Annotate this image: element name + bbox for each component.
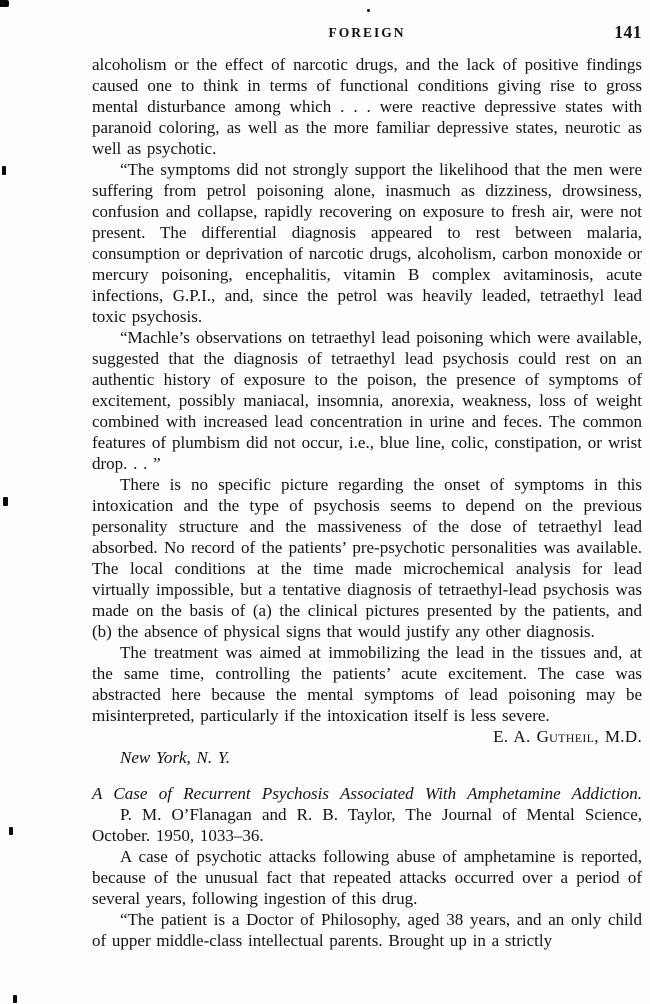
scan-artifact [2,166,6,175]
author-location: New York, N. Y. [92,747,642,768]
scan-artifact [13,995,17,1003]
paragraph: alcoholism or the effect of narcotic dru… [92,54,642,159]
paragraph: The treatment was aimed at immobilizing … [92,642,642,726]
scan-artifact [3,497,8,506]
paragraph: “The patient is a Doctor of Philosophy, … [92,909,642,951]
scan-artifact [9,827,13,835]
running-head: FOREIGN 141 [92,22,642,42]
scan-artifact [0,0,9,7]
paragraph: “Machle’s observations on tetraethyl lea… [92,327,642,474]
author-signature: E. A. Gutheil, M.D. [92,726,642,747]
ink-dot-artifact [367,9,370,12]
page-number: 141 [614,22,642,43]
paragraph: A case of psychotic attacks following ab… [92,846,642,909]
paragraph: There is no specific picture regarding t… [92,474,642,642]
article-citation: P. M. O’Flanagan and R. B. Taylor, The J… [92,804,642,846]
running-title: FOREIGN [92,25,642,41]
body-text-column: alcoholism or the effect of narcotic dru… [92,54,642,951]
journal-page: FOREIGN 141 alcoholism or the effect of … [0,0,650,1004]
article-title: A Case of Recurrent Psychosis Associated… [92,783,642,804]
paragraph: “The symptoms did not strongly support t… [92,159,642,327]
